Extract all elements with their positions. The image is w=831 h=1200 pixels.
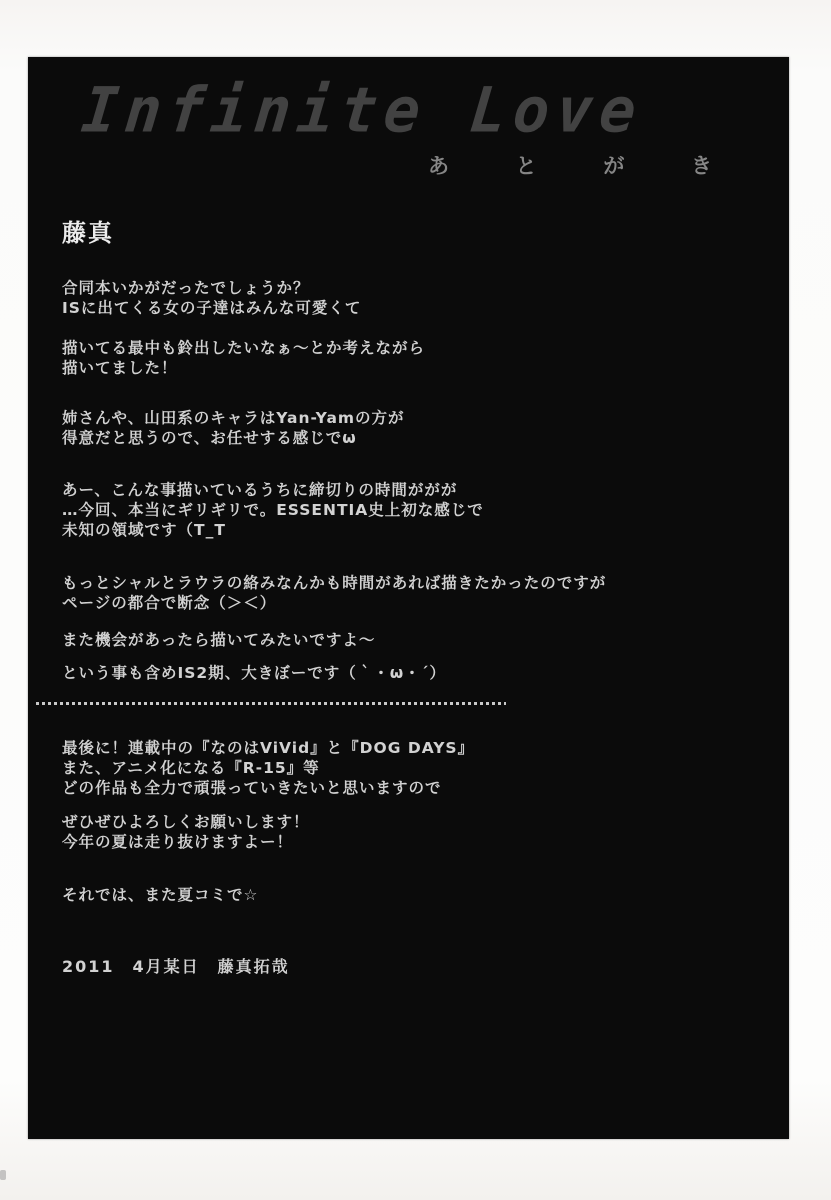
subtitle-char: と: [516, 150, 537, 180]
text-line: …今回、本当にギリギリで。ESSENTIA史上初な感じで: [62, 500, 484, 520]
scanned-afterword-page: Infinite Love あ と が き 藤真 合同本いかがだったでしょうか？…: [0, 0, 831, 1200]
paragraph-deadline: あー、こんな事描いているうちに締切りの時間ががが …今回、本当にギリギリで。ES…: [62, 480, 484, 540]
page-title: Infinite Love: [78, 74, 646, 148]
paragraph-thanks: ぜひぜひよろしくお願いします！ 今年の夏は走り抜けますよー！: [62, 812, 310, 852]
text-line: 未知の領域です（T_T: [62, 520, 484, 540]
paragraph-characters: 姉さんや、山田系のキャラはYan-Yamの方が 得意だと思うので、お任せする感じ…: [62, 408, 405, 448]
paragraph-works: 最後に！連載中の『なのはViVid』と『DOG DAYS』 また、アニメ化になる…: [62, 738, 474, 798]
paragraph-greeting: 合同本いかがだったでしょうか？ ISに出てくる女の子達はみんな可愛くて: [62, 278, 361, 318]
text-line: 姉さんや、山田系のキャラはYan-Yamの方が: [62, 408, 405, 428]
subtitle-atogaki: あ と が き: [428, 150, 712, 180]
text-line: 描いてる最中も鈴出したいなぁ～とか考えながら: [62, 338, 425, 358]
paragraph-next-time: また機会があったら描いてみたいですよ～: [62, 630, 375, 650]
text-line: あー、こんな事描いているうちに締切りの時間ががが: [62, 480, 484, 500]
text-line: もっとシャルとラウラの絡みなんかも時間があれば描きたかったのですが: [62, 573, 606, 593]
text-line: ぜひぜひよろしくお願いします！: [62, 812, 310, 832]
text-line: 今年の夏は走り抜けますよー！: [62, 832, 310, 852]
text-line: どの作品も全力で頑張っていきたいと思いますので: [62, 778, 474, 798]
text-line: 合同本いかがだったでしょうか？: [62, 278, 361, 298]
text-line: また機会があったら描いてみたいですよ～: [62, 630, 375, 650]
paragraph-regret: もっとシャルとラウラの絡みなんかも時間があれば描きたかったのですが ページの都合…: [62, 573, 606, 613]
text-line: 得意だと思うので、お任せする感じでω: [62, 428, 405, 448]
page-edge-mark: [0, 1170, 6, 1180]
date-signature: 2011 4月某日 藤真拓哉: [62, 954, 290, 977]
paragraph-season2: という事も含めIS2期、大きぼーです（｀・ω・´）: [62, 663, 446, 683]
text-line: それでは、また夏コミで☆: [62, 885, 258, 905]
text-line: 描いてました！: [62, 358, 425, 378]
subtitle-char: が: [603, 150, 624, 180]
text-line: ページの都合で断念（＞＜）: [62, 593, 606, 613]
text-line: 最後に！連載中の『なのはViVid』と『DOG DAYS』: [62, 738, 474, 758]
paragraph-drawing: 描いてる最中も鈴出したいなぁ～とか考えながら 描いてました！: [62, 338, 425, 378]
author-heading: 藤真: [62, 213, 114, 248]
text-line: ISに出てくる女の子達はみんな可愛くて: [62, 298, 361, 318]
text-line: また、アニメ化になる『R-15』等: [62, 758, 474, 778]
subtitle-char: き: [691, 150, 712, 180]
dotted-divider: [36, 702, 506, 705]
paragraph-farewell: それでは、また夏コミで☆: [62, 885, 258, 905]
subtitle-char: あ: [428, 150, 449, 180]
text-line: という事も含めIS2期、大きぼーです（｀・ω・´）: [62, 663, 446, 683]
